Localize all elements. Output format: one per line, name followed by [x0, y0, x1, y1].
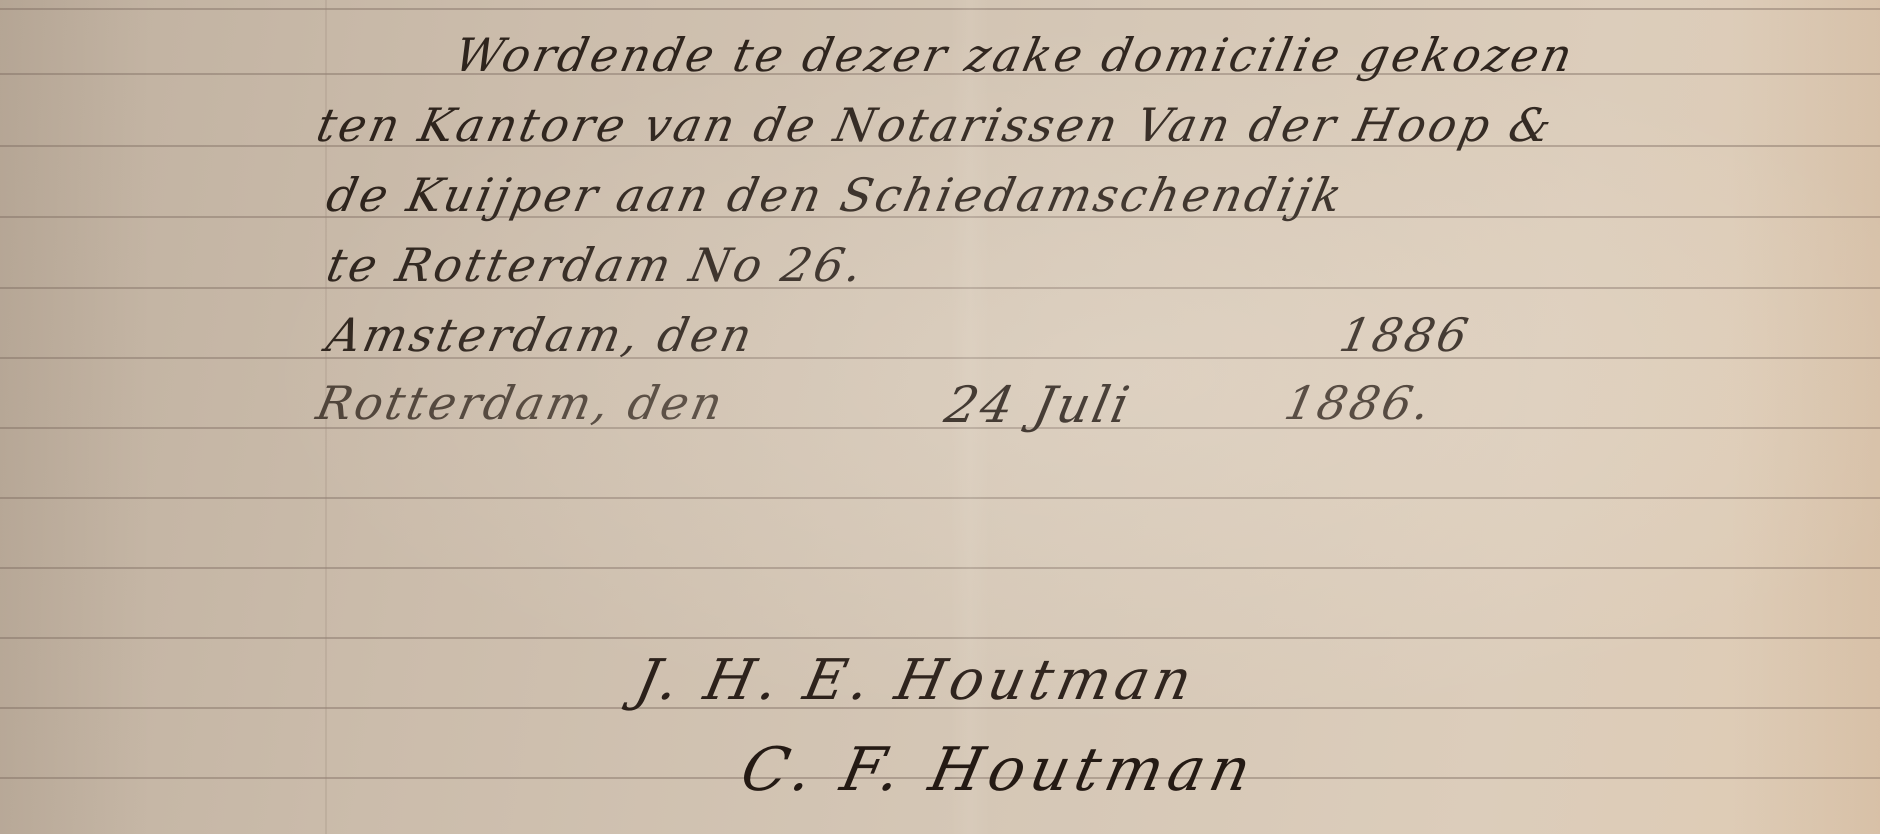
signature-2: C. F. Houtman	[735, 735, 1263, 805]
place-rotterdam: Rotterdam, den	[312, 376, 730, 430]
date-rotterdam: 24 Juli	[940, 376, 1137, 434]
ruled-line	[0, 637, 1880, 639]
place-amsterdam: Amsterdam, den	[322, 308, 760, 362]
year-rotterdam: 1886.	[1280, 376, 1438, 430]
body-line-1: Wordende te dezer zake domicilie gekozen	[450, 28, 1580, 82]
ruled-line	[0, 8, 1880, 10]
body-line-2: ten Kantore van de Notarissen Van der Ho…	[312, 98, 1560, 152]
ruled-line	[0, 287, 1880, 289]
body-line-4: te Rotterdam No 26.	[322, 238, 870, 292]
ruled-line	[0, 567, 1880, 569]
ruled-paper-page: Wordende te dezer zake domicilie gekozen…	[0, 0, 1880, 834]
signature-1: J. H. E. Houtman	[630, 648, 1202, 713]
year-amsterdam: 1886	[1335, 308, 1476, 362]
body-line-3: de Kuijper aan den Schiedamschendijk	[322, 168, 1349, 222]
ruled-line	[0, 357, 1880, 359]
ruled-line	[0, 497, 1880, 499]
